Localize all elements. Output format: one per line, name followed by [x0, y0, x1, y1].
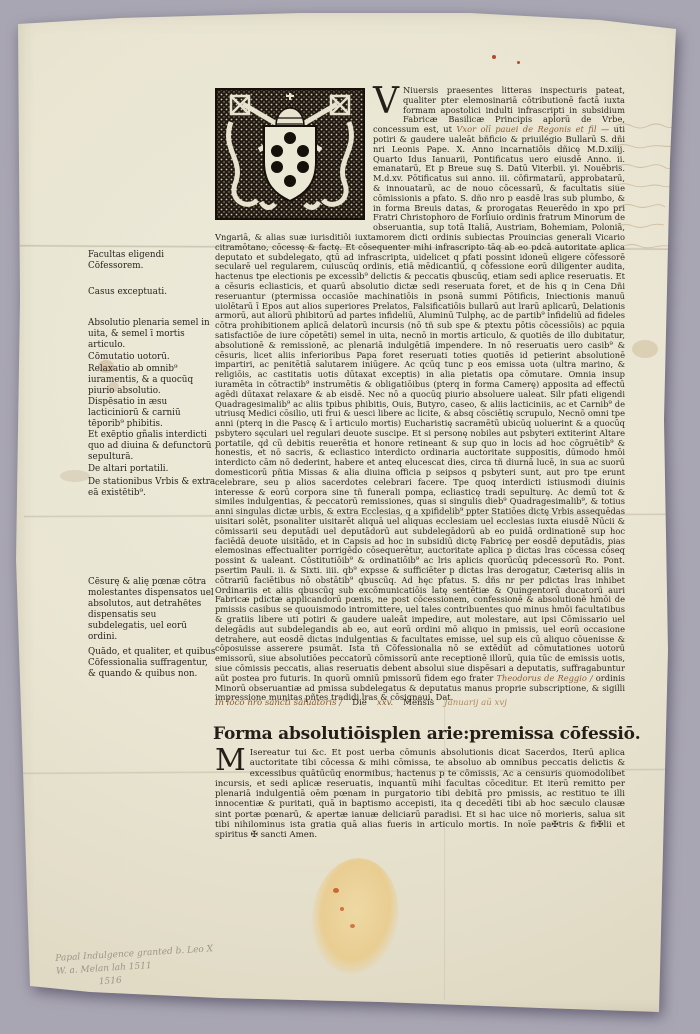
- handwritten-place: In loco nro sancti saluatoris /: [215, 698, 342, 708]
- foxing-spot: [632, 340, 658, 358]
- absolution-heading: Forma absolutiōisplen arie:premissa cōfe…: [213, 724, 631, 744]
- pencil-annotation: Papal Indulgence granted b. Leo X W. a. …: [55, 943, 215, 992]
- date-line: In loco nro sancti saluatoris / Die xxv.…: [215, 698, 627, 708]
- wax-seal-stain: [304, 853, 405, 980]
- margin-note: Casus exceptuati.: [88, 287, 216, 298]
- absolution-text: Isereatur tui &c. Et post uerba cōmunis …: [215, 748, 625, 840]
- margin-note: De stationibus Vrbis & extra eā existēti…: [88, 477, 216, 499]
- absolution-paragraph: MIsereatur tui &c. Et post uerba cōmunis…: [215, 748, 625, 841]
- handwritten-insert: Vxor olī pauei de Regonis et fil —: [456, 124, 613, 134]
- seal-wax-speck: [350, 924, 355, 928]
- drop-cap-initial: V: [373, 86, 403, 118]
- red-ink-speck: [492, 55, 496, 59]
- foxing-spot: [60, 470, 90, 482]
- handwritten-month: Januarij aū xvj: [444, 698, 507, 708]
- margin-note: Cēsurę & alię pœnæ cōtra molestantes dis…: [88, 577, 216, 643]
- indulgence-document-photo: Facultas eligendi Cōfessorem. Casus exce…: [0, 0, 700, 1034]
- seal-wax-speck: [340, 907, 344, 911]
- die-label: Die: [352, 698, 367, 708]
- handwritten-subscriber-name: Theodorus de Reggio /: [496, 673, 595, 683]
- margin-note: Quādo, et qualiter, et quibus Cōfessiona…: [88, 647, 216, 680]
- margin-note: Facultas eligendi Cōfessorem.: [88, 250, 216, 272]
- drop-cap-initial: M: [215, 748, 250, 774]
- margin-note: Absolutio plenaria semel in uita, & seme…: [88, 318, 216, 351]
- margin-note: Et exēptio gñalis interdicti quo ad diui…: [88, 430, 216, 463]
- faded-marginalia-right: [612, 118, 697, 278]
- red-ink-speck: [517, 61, 520, 64]
- main-text-block: VNiuersis praesentes litteras inspecturi…: [215, 86, 625, 708]
- papal-arms-woodcut: [215, 88, 365, 220]
- margin-note: De altari portatili.: [88, 464, 216, 475]
- parchment-surface: Facultas eligendi Cōfessorem. Casus exce…: [0, 0, 700, 1034]
- seal-wax-speck: [333, 888, 339, 893]
- handwritten-day: xxv.: [377, 698, 393, 708]
- mensis-label: Mensis: [403, 698, 434, 708]
- margin-note: Relaxatio ab omnib⁹ iuramentis, & a quoc…: [88, 364, 216, 397]
- margin-note: Dispēsatio in æsu lacticiniorū & carniū …: [88, 397, 216, 430]
- parchment-sheet: Facultas eligendi Cōfessorem. Casus exce…: [0, 0, 700, 1034]
- fold-crease-vertical: [444, 700, 446, 1000]
- margin-note: Cōmutatio uotorū.: [88, 352, 216, 363]
